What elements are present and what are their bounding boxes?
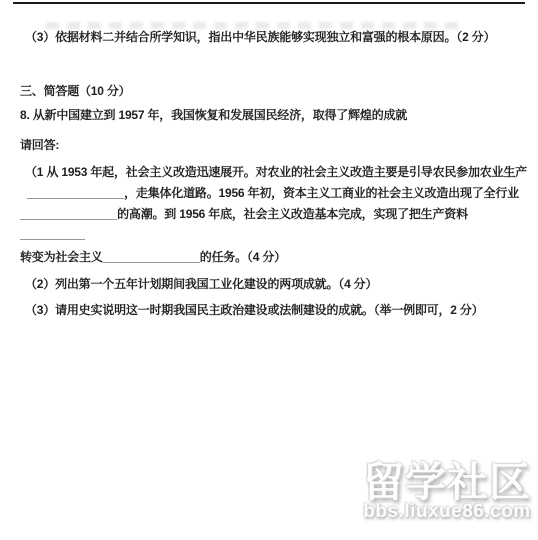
question8-intro: 8. 从新中国建立到 1957 年，我国恢复和发展国民经济，取得了辉煌的成就 — [20, 107, 407, 123]
watermark-site-url: bbs.liuxue86.com — [356, 501, 538, 523]
question8-part3-text: （3）请用史实说明这一时期我国民主政治建设或法制建设的成就。（举一例即可，2 分… — [25, 302, 484, 318]
question8-part1-line3-blank: _______________的高潮。到 1956 年底，社会主义改造基本完成，… — [20, 206, 468, 222]
watermark-brand-text: 留学社区 — [356, 460, 538, 504]
site-watermark: 留学社区 bbs.liuxue86.com — [356, 460, 538, 523]
question8-part1-line2-blank: _______________，走集体化道路。1956 年初，资本主义工商业的社… — [27, 185, 519, 201]
question8-part1-line5-blank: 转变为社会主义_______________的任务。（4 分） — [20, 249, 286, 265]
question8-part1-line4-blank: __________ — [20, 226, 85, 242]
question7-part3-text: （3）依据材料二并结合所学知识，指出中华民族能够实现独立和富强的根本原因。（2 … — [25, 29, 495, 45]
section3-heading: 三、简答题（10 分） — [20, 83, 130, 99]
question8-part1-line1: （1 从 1953 年起，社会主义改造迅速展开。对农业的社会主义改造主要是引导农… — [25, 164, 527, 180]
page-top-rule — [13, 2, 525, 4]
question8-part2-text: （2）列出第一个五年计划期间我国工业化建设的两项成就。（4 分） — [25, 276, 377, 292]
bleed-through-text — [46, 22, 466, 29]
exam-paper-page: （3）依据材料二并结合所学知识，指出中华民族能够实现独立和富强的根本原因。（2 … — [0, 0, 538, 540]
answer-prompt: 请回答: — [20, 137, 59, 153]
